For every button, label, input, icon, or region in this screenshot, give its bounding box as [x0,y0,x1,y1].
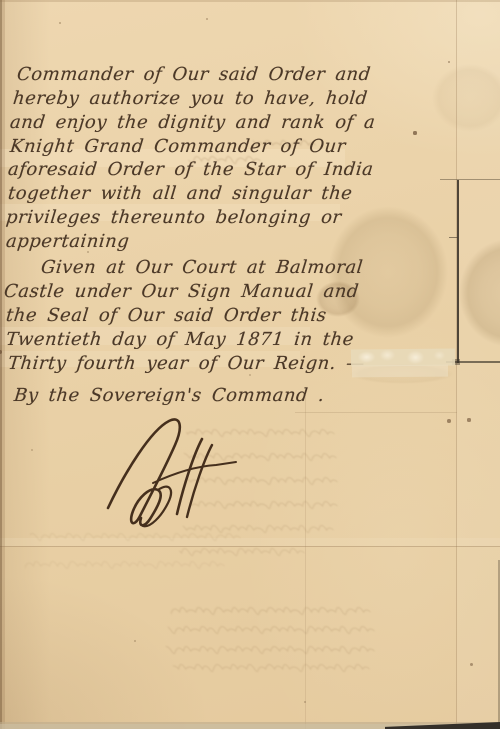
fold-crease-mark [295,412,457,413]
tape-repair-shadow [352,365,448,378]
manuscript-line: and enjoy the dignity and rank of a [9,112,376,133]
fold-crease-mark [0,0,500,2]
fold-crease-mark [456,0,457,729]
fold-crease-mark [0,0,2,729]
manuscript-line: Thirty fourth year of Our Reign. — [7,353,366,374]
paper-speck [447,419,451,423]
manuscript-line: the Seal of Our said Order this [5,305,328,326]
scanned-document-page: Commander of Our said Order and hereby a… [0,0,500,729]
manuscript-line: Castle under Our Sign Manual and [3,281,360,302]
paper-speck [134,640,137,643]
stain [459,239,500,347]
manuscript-line: hereby authorize you to have, hold [12,88,369,109]
fold-crease-mark [385,722,500,729]
manuscript-line: aforesaid Order of the Star of India [7,159,375,180]
manuscript-line: By the Sovereign's Command . [13,385,326,406]
fold-crease-mark [457,180,459,363]
paper-speck [249,374,251,376]
fold-crease-mark [0,722,500,724]
paper-speck [470,663,473,666]
manuscript-line: appertaining [5,231,130,252]
ink-showthrough-line [22,552,226,574]
manuscript-line: privileges thereunto belonging or [5,207,343,228]
paper-speck [304,701,307,704]
paper-speck [31,449,33,451]
manuscript-line: Given at Our Court at Balmoral [40,257,364,278]
manuscript-line: Twentieth day of May 1871 in the [5,329,355,350]
manuscript-line: Knight Grand Commander of Our [9,136,347,157]
paper-speck [206,18,208,20]
fold-crease-mark [0,724,500,729]
stain [432,64,500,132]
manuscript-line: Commander of Our said Order and [16,64,372,85]
ink-showthrough-line [166,617,376,639]
paper-speck [413,131,416,134]
fold-crease-mark [2,0,5,729]
fold-crease-mark [440,179,500,180]
ink-showthrough-line [171,655,371,677]
paper-speck [467,418,470,421]
fold-crease-mark [457,0,500,729]
paper-speck [0,350,2,354]
signature-argyll [95,414,247,528]
fold-crease-mark [449,237,458,238]
paper-speck [59,22,62,25]
paper-speck [448,61,451,64]
manuscript-line: together with all and singular the [7,183,354,204]
